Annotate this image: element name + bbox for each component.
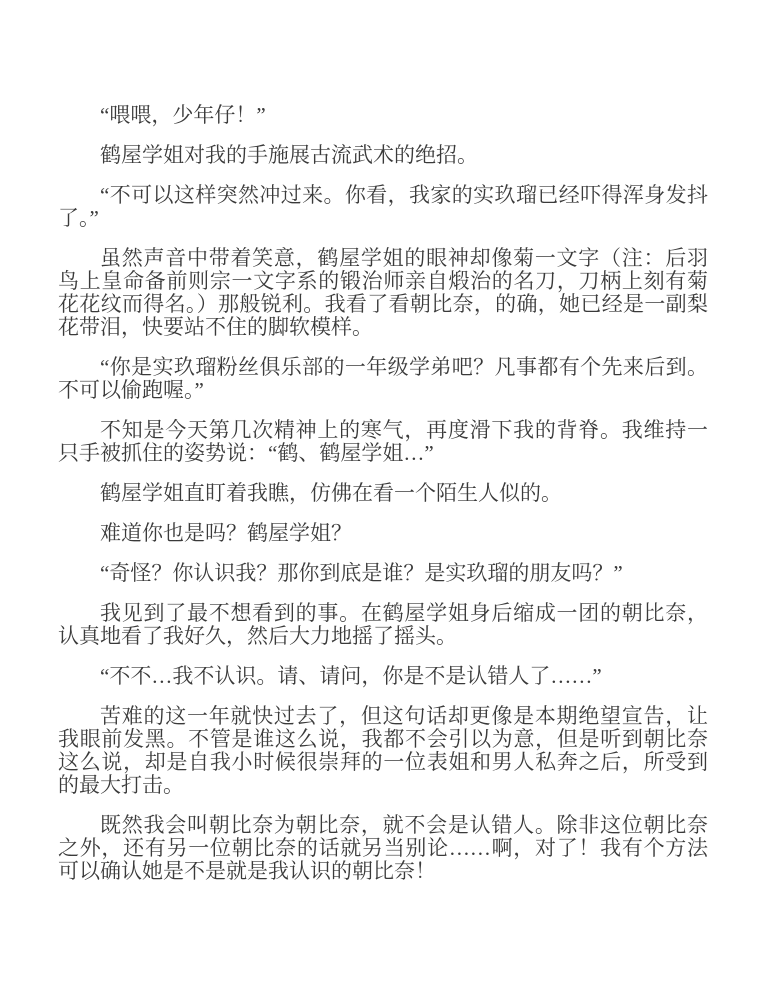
paragraph: “你是实玖瑠粉丝俱乐部的一年级学弟吧？凡事都有个先来后到。不可以偷跑喔。” [58, 356, 708, 402]
novel-page: “喂喂，少年仔！” 鹤屋学姐对我的手施展古流武术的绝招。 “不可以这样突然冲过来… [0, 0, 765, 990]
paragraph: 苦难的这一年就快过去了，但这句话却更像是本期绝望宣告，让我眼前发黑。不管是谁这么… [58, 705, 708, 797]
paragraph: “不可以这样突然冲过来。你看，我家的实玖瑠已经吓得浑身发抖了。” [58, 184, 708, 230]
paragraph: 鹤屋学姐直盯着我瞧，仿佛在看一个陌生人似的。 [58, 482, 708, 505]
paragraph: 不知是今天第几次精神上的寒气，再度滑下我的背脊。我维持一只手被抓住的姿势说：“鹤… [58, 419, 708, 465]
paragraph: “喂喂，少年仔！” [58, 104, 708, 127]
paragraph: 难道你也是吗？鹤屋学姐？ [58, 522, 708, 545]
paragraph: “奇怪？你认识我？那你到底是谁？是实玖瑠的朋友吗？” [58, 562, 708, 585]
paragraph: 我见到了最不想看到的事。在鹤屋学姐身后缩成一团的朝比奈，认真地看了我好久，然后大… [58, 602, 708, 648]
paragraph: 既然我会叫朝比奈为朝比奈，就不会是认错人。除非这位朝比奈之外，还有另一位朝比奈的… [58, 814, 708, 883]
paragraph: 虽然声音中带着笑意，鹤屋学姐的眼神却像菊一文字（注：后羽鸟上皇命备前则宗一文字系… [58, 247, 708, 339]
paragraph: “不不…我不认识。请、请问，你是不是认错人了……” [58, 665, 708, 688]
paragraph: 鹤屋学姐对我的手施展古流武术的绝招。 [58, 144, 708, 167]
